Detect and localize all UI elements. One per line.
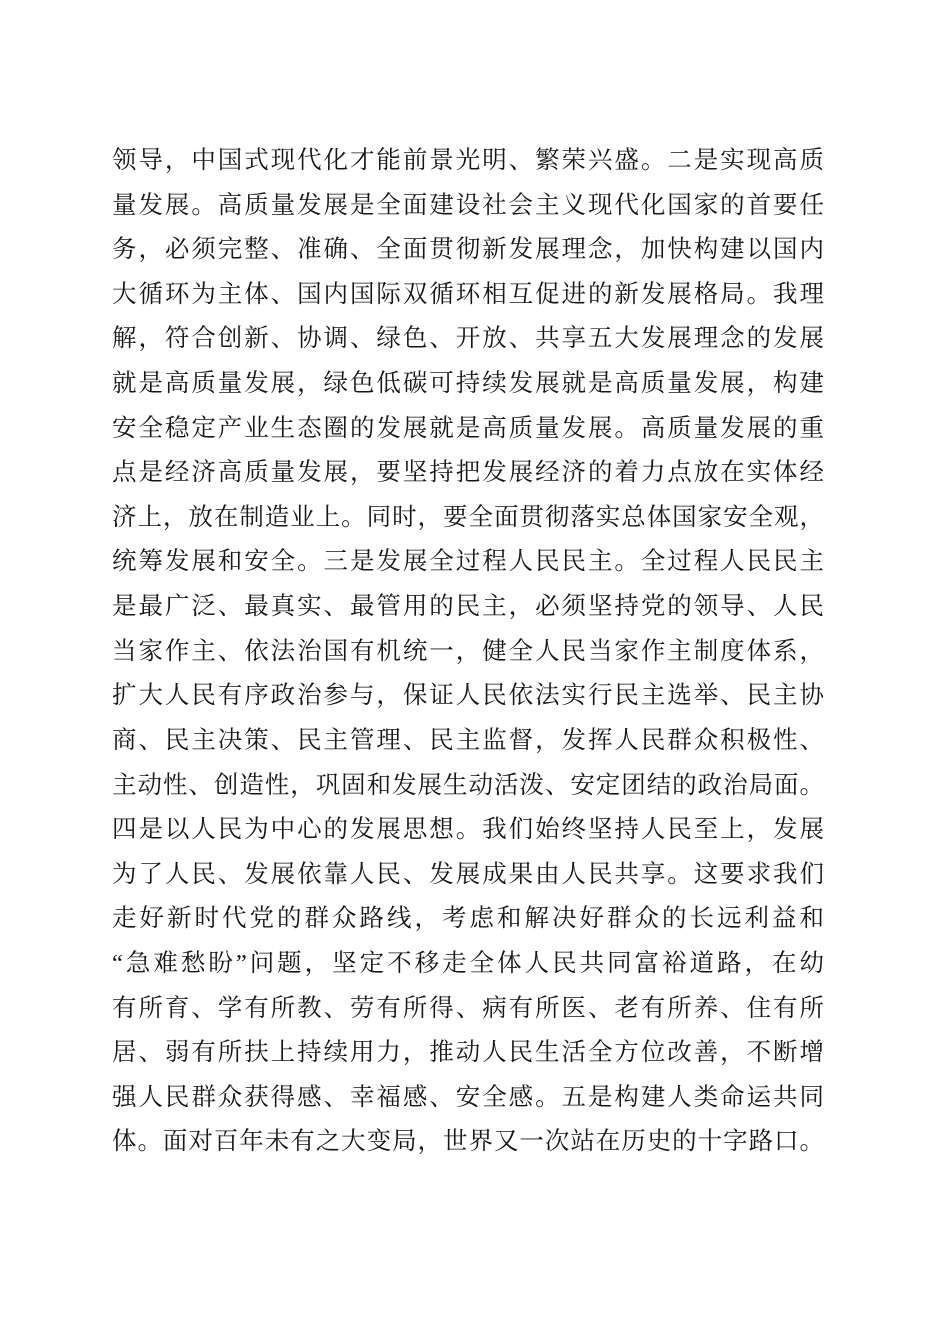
document-line: 是最广泛、最真实、最管用的民主，必须坚持党的领导、人民 [112,585,824,630]
document-line: 当家作主、依法治国有机统一，健全人民当家作主制度体系， [112,630,824,675]
document-line: “急难愁盼”问题，坚定不移走全体人民共同富裕道路，在幼 [112,942,824,987]
document-line: 务，必须完整、准确、全面贯彻新发展理念，加快构建以国内 [112,228,824,273]
document-line: 有所育、学有所教、劳有所得、病有所医、老有所养、住有所 [112,987,824,1032]
document-line: 领导，中国式现代化才能前景光明、繁荣兴盛。二是实现高质 [112,139,824,184]
document-line: 点是经济高质量发展，要坚持把发展经济的着力点放在实体经 [112,451,824,496]
document-line: 大循环为主体、国内国际双循环相互促进的新发展格局。我理 [112,273,824,318]
document-text-block: 领导，中国式现代化才能前景光明、繁荣兴盛。二是实现高质 量发展。高质量发展是全面… [112,139,824,1165]
document-line: 体。面对百年未有之大变局，世界又一次站在历史的十字路口。 [112,1120,824,1165]
document-line: 四是以人民为中心的发展思想。我们始终坚持人民至上，发展 [112,808,824,853]
document-line: 解，符合创新、协调、绿色、开放、共享五大发展理念的发展 [112,317,824,362]
document-line: 居、弱有所扶上持续用力，推动人民生活全方位改善，不断增 [112,1031,824,1076]
document-line: 济上，放在制造业上。同时，要全面贯彻落实总体国家安全观， [112,496,824,541]
document-line: 量发展。高质量发展是全面建设社会主义现代化国家的首要任 [112,184,824,229]
document-line: 商、民主决策、民主管理、民主监督，发挥人民群众积极性、 [112,719,824,764]
document-line: 主动性、创造性，巩固和发展生动活泼、安定团结的政治局面。 [112,764,824,809]
document-line: 扩大人民有序政治参与，保证人民依法实行民主选举、民主协 [112,674,824,719]
document-line: 就是高质量发展，绿色低碳可持续发展就是高质量发展，构建 [112,362,824,407]
document-page: 领导，中国式现代化才能前景光明、繁荣兴盛。二是实现高质 量发展。高质量发展是全面… [0,0,950,1344]
document-line: 强人民群众获得感、幸福感、安全感。五是构建人类命运共同 [112,1076,824,1121]
document-line: 为了人民、发展依靠人民、发展成果由人民共享。这要求我们 [112,853,824,898]
document-line: 安全稳定产业生态圈的发展就是高质量发展。高质量发展的重 [112,407,824,452]
document-line: 统筹发展和安全。三是发展全过程人民民主。全过程人民民主 [112,540,824,585]
document-line: 走好新时代党的群众路线，考虑和解决好群众的长远利益和 [112,897,824,942]
